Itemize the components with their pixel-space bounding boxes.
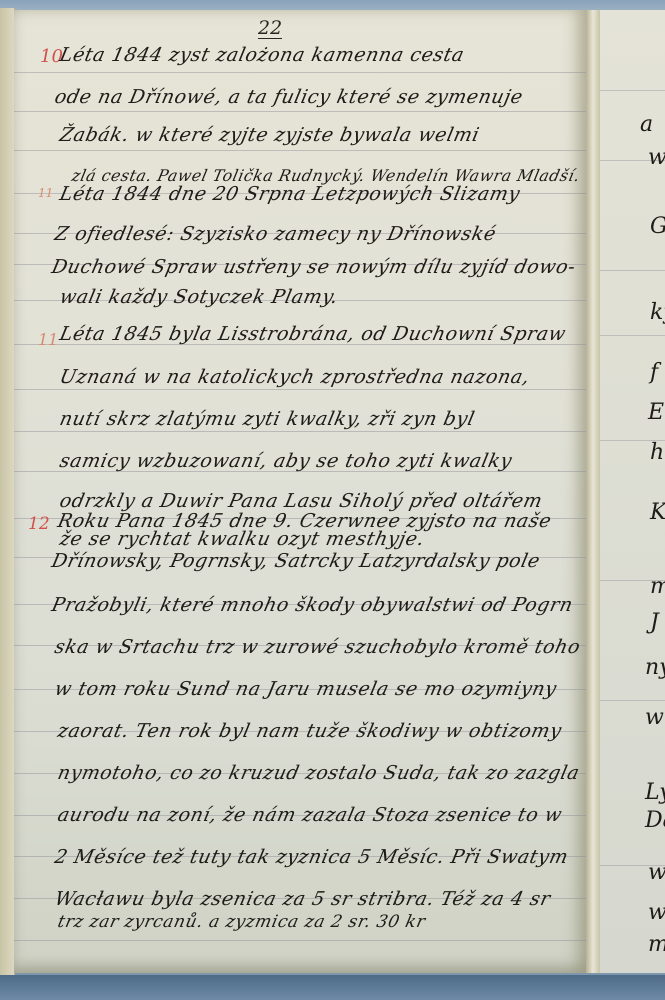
facing-page-text: w <box>648 145 665 170</box>
ruled-line <box>600 335 665 336</box>
ruled-line <box>14 940 586 941</box>
text-line: Z ofiedlesé: Szyzisko zamecy ny Dřínowsk… <box>53 223 499 245</box>
ruled-line <box>600 700 665 701</box>
entry-number: 11 <box>38 186 53 200</box>
facing-page-text: w <box>645 705 664 730</box>
text-line: w tom roku Sund na Jaru musela se mo ozy… <box>53 678 559 700</box>
text-line: trz zar zyrcanů. a zyzmica za 2 sr. 30 k… <box>56 912 427 932</box>
facing-page-text: a <box>640 112 653 137</box>
text-line: Pražobyli, které mnoho škody obywalstwi … <box>50 594 575 616</box>
ruled-line <box>14 150 586 151</box>
facing-page-text: w <box>648 900 665 925</box>
facing-page-text: E <box>648 400 664 425</box>
text-line: odrzkly a Duwir Pana Lasu Siholý před ol… <box>58 490 545 512</box>
text-line: nymotoho, co zo kruzud zostalo Suda, tak… <box>56 762 582 784</box>
ruled-line <box>14 72 586 73</box>
facing-page-text: w <box>648 860 665 885</box>
text-line: zaorat. Ten rok byl nam tuže škodiwy w o… <box>56 720 564 742</box>
text-line: Wacławu byla zsenica za 5 sr stribra. Té… <box>53 888 553 910</box>
text-line: samicy wzbuzowaní, aby se toho zyti kwal… <box>58 450 515 472</box>
ruled-line <box>14 431 586 432</box>
facing-page-text: J <box>650 610 659 635</box>
facing-page-text: m <box>650 574 665 599</box>
text-line: ska w Srtachu trz w zurowé szuchobylo kr… <box>53 636 583 658</box>
facing-page-text: f <box>650 360 658 385</box>
text-line: Duchowé Spraw ustřeny se nowým dílu zyjí… <box>50 256 578 278</box>
text-line: Roku Pana 1845 dne 9. Czerwnee zyjsto na… <box>56 510 554 532</box>
text-line: Léta 1844 dne 20 Srpna Letzpowých Slizam… <box>58 183 523 205</box>
text-line: wali každy Sotyczek Plamy. <box>58 286 341 308</box>
text-line: Uznaná w na katolickych zprostředna nazo… <box>58 366 532 388</box>
facing-page-text: Da <box>645 808 665 833</box>
text-line: aurodu na zoní, že nám zazala Stoza zsen… <box>56 804 565 826</box>
page-number: 22 <box>258 18 282 39</box>
text-line: Dřínowsky, Pogrnsky, Satrcky Latzyrdalsk… <box>50 550 543 572</box>
background-bottom <box>0 975 665 1000</box>
entry-number: 12 <box>28 514 50 534</box>
ruled-line <box>14 389 586 390</box>
text-line: Léta 1844 zyst zalożona kamenna cesta <box>58 44 467 66</box>
text-line: 2 Měsíce tež tuty tak zyznica 5 Měsíc. P… <box>53 846 571 868</box>
facing-page-text: G <box>650 214 665 239</box>
ruled-line <box>14 111 586 112</box>
facing-page-text: h <box>650 440 664 465</box>
entry-number: 11 <box>38 330 58 349</box>
ruled-line <box>600 270 665 271</box>
facing-page-text: Ly <box>645 780 665 805</box>
book-gutter <box>586 10 600 973</box>
text-line: Žabák. w které zyjte zyjste bywala welmi <box>58 124 482 146</box>
text-line: ode na Dřínowé, a ta fulicy které se zym… <box>53 86 525 108</box>
text-line: nutí skrz zlatýmu zyti kwalky, zři zyn b… <box>58 408 477 430</box>
facing-page-text: ny <box>645 655 665 680</box>
ruled-line <box>600 90 665 91</box>
facing-page-text: ky <box>650 300 665 325</box>
text-line: Léta 1845 byla Lisstrobrána, od Duchowní… <box>58 323 568 345</box>
book-spine-edge <box>0 8 15 983</box>
facing-page-text: K <box>650 500 665 525</box>
facing-page-text: m <box>648 932 665 957</box>
